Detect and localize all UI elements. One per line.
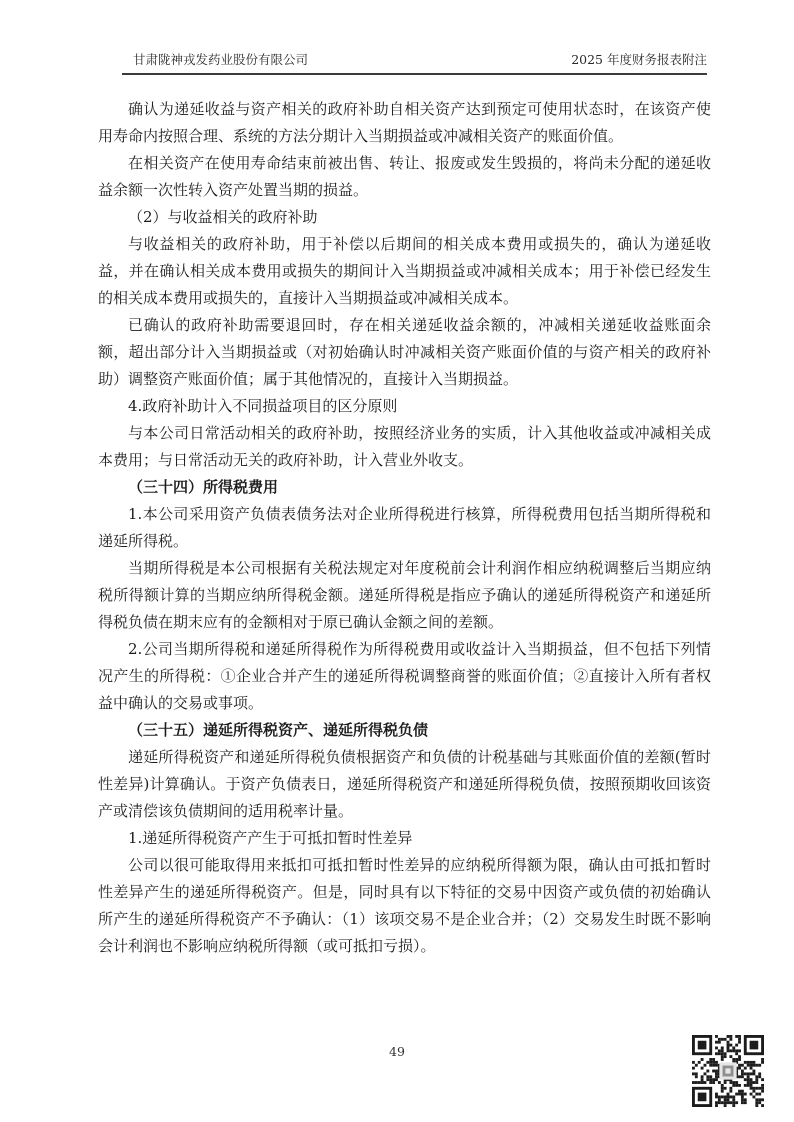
paragraph: 1.本公司采用资产负债表债务法对企业所得税进行核算，所得税费用包括当期所得税和递… [98, 501, 711, 555]
paragraph: 递延所得税资产和递延所得税负债根据资产和负债的计税基础与其账面价值的差额(暂时性… [98, 744, 711, 825]
paragraph: （2）与收益相关的政府补助 [98, 204, 711, 231]
paragraph: 4.政府补助计入不同损益项目的区分原则 [98, 393, 711, 420]
paragraph: 公司以很可能取得用来抵扣可抵扣暂时性差异的应纳税所得额为限，确认由可抵扣暂时性差… [98, 852, 711, 960]
paragraph: 确认为递延收益与资产相关的政府补助自相关资产达到预定可使用状态时，在该资产使用寿… [98, 96, 711, 150]
page-header: 甘肃陇神戎发药业股份有限公司 2025 年度财务报表附注 [122, 50, 707, 75]
page-number: 49 [389, 1044, 405, 1059]
paragraph: 已确认的政府补助需要退回时，存在相关递延收益余额的，冲减相关递延收益账面余额，超… [98, 312, 711, 393]
paragraph: 与收益相关的政府补助，用于补偿以后期间的相关成本费用或损失的，确认为递延收益，并… [98, 231, 711, 312]
paragraph: 当期所得税是本公司根据有关税法规定对年度税前会计利润作相应纳税调整后当期应纳税所… [98, 555, 711, 636]
paragraph: 在相关资产在使用寿命结束前被出售、转让、报废或发生毁损的，将尚未分配的递延收益余… [98, 150, 711, 204]
paragraph: 与本公司日常活动相关的政府补助，按照经济业务的实质，计入其他收益或冲减相关成本费… [98, 420, 711, 474]
document-page: 甘肃陇神戎发药业股份有限公司 2025 年度财务报表附注 确认为递延收益与资产相… [0, 0, 794, 1122]
page-footer: 49 [0, 1044, 794, 1059]
header-company-name: 甘肃陇神戎发药业股份有限公司 [133, 50, 308, 68]
header-report-title: 2025 年度财务报表附注 [571, 50, 707, 68]
document-body: 确认为递延收益与资产相关的政府补助自相关资产达到预定可使用状态时，在该资产使用寿… [98, 96, 711, 960]
qr-code [692, 1035, 764, 1107]
paragraph: 2.公司当期所得税和递延所得税作为所得税费用或收益计入当期损益，但不包括下列情况… [98, 636, 711, 717]
section-heading: （三十五）递延所得税资产、递延所得税负债 [98, 717, 711, 744]
paragraph: 1.递延所得税资产产生于可抵扣暂时性差异 [98, 825, 711, 852]
section-heading: （三十四）所得税费用 [98, 474, 711, 501]
